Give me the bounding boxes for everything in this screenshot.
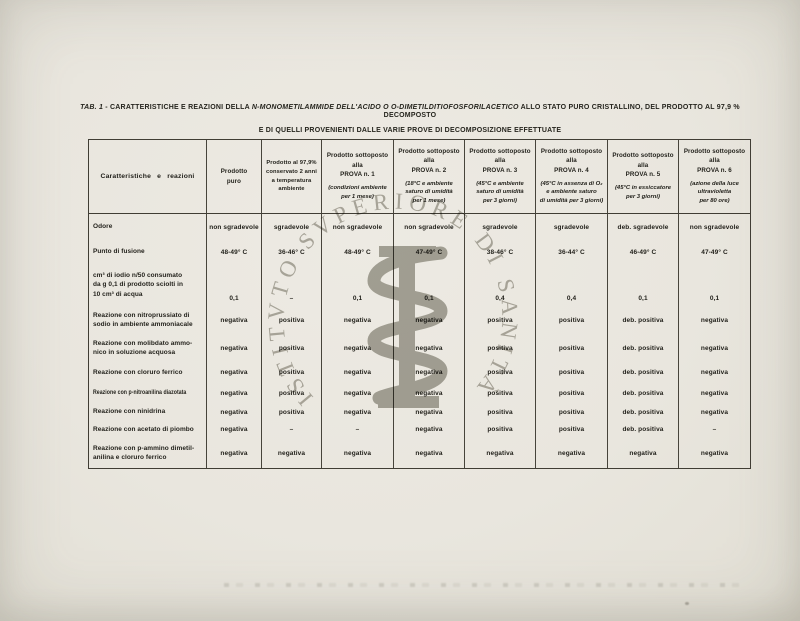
column-header-main: Prodotto puro (221, 167, 248, 186)
column-header-conditions: (45°C e ambiente saturo di umidità per 3… (476, 180, 524, 207)
value-cell-r1-c7: deb. sgradevole (607, 214, 678, 240)
value-cell-r6-c1: negativa (206, 362, 261, 383)
value-cell-r4-c8: negativa (678, 306, 750, 334)
value-cell-r9-c3: – (321, 421, 393, 438)
table-caption: TAB. 1 - CARATTERISTICHE E REAZIONI DELL… (60, 104, 760, 135)
value-cell-r1-c1: non sgradevole (206, 214, 261, 240)
value-cell-r2-c5: 38-46° C (464, 240, 535, 264)
value-cell-r9-c8: – (678, 421, 750, 438)
row-label-7: Reazione con p-nitroanilina diazotata (89, 383, 206, 403)
caption-separator: - (103, 104, 110, 111)
value-cell-r6-c6: positiva (535, 362, 607, 383)
row-label-text: Reazione con molibdato ammo- nico in sol… (93, 339, 192, 358)
value-cell-r4-c6: positiva (535, 306, 607, 334)
results-table: Caratteristiche e reazioniProdotto puroP… (88, 139, 751, 469)
column-header-main: Prodotto sottoposto alla PROVA n. 1 (327, 151, 388, 180)
value-cell-r1-c3: non sgradevole (321, 214, 393, 240)
caption-tab-number: TAB. 1 (80, 104, 103, 111)
row-label-text: Reazione con p-ammino dimetil- anilina e… (93, 444, 194, 463)
value-cell-r10-c6: negativa (535, 438, 607, 468)
value-cell-r7-c7: deb. positiva (607, 383, 678, 403)
value-cell-r7-c4: negativa (393, 383, 464, 403)
caption-line-2: E DI QUELLI PROVENIENTI DALLE VARIE PROV… (60, 127, 760, 135)
value-cell-r9-c5: positiva (464, 421, 535, 438)
value-cell-r4-c4: negativa (393, 306, 464, 334)
photographed-table-card: TAB. 1 - CARATTERISTICHE E REAZIONI DELL… (0, 0, 800, 621)
row-label-text: Reazione con cloruro ferrico (93, 368, 183, 377)
value-cell-r8-c7: deb. positiva (607, 403, 678, 421)
corner-header-cell: Caratteristiche e reazioni (89, 140, 206, 214)
faint-pencil-marks (224, 583, 740, 587)
value-cell-r10-c8: negativa (678, 438, 750, 468)
value-cell-r6-c4: negativa (393, 362, 464, 383)
column-header-2: Prodotto al 97,9% conservato 2 anni a te… (261, 140, 321, 214)
value-cell-r8-c5: positiva (464, 403, 535, 421)
value-cell-r4-c3: negativa (321, 306, 393, 334)
column-header-conditions: (45°C in assenza di O₂ e ambiente saturo… (540, 180, 604, 207)
value-cell-r8-c6: positiva (535, 403, 607, 421)
value-cell-r3-c7: 0,1 (607, 264, 678, 306)
row-label-3: cm³ di iodio n/50 consumato da g 0,1 di … (89, 264, 206, 306)
value-cell-r9-c6: positiva (535, 421, 607, 438)
value-cell-r3-c6: 0,4 (535, 264, 607, 306)
value-cell-r10-c7: negativa (607, 438, 678, 468)
value-cell-r6-c5: positiva (464, 362, 535, 383)
value-cell-r5-c7: deb. positiva (607, 334, 678, 362)
row-label-text: Reazione con nitroprussiato di sodio in … (93, 311, 193, 330)
value-cell-r4-c5: positiva (464, 306, 535, 334)
value-cell-r8-c8: negativa (678, 403, 750, 421)
value-cell-r10-c3: negativa (321, 438, 393, 468)
row-label-1: Odore (89, 214, 206, 240)
caption-line-1: TAB. 1 - CARATTERISTICHE E REAZIONI DELL… (60, 104, 760, 121)
column-header-conditions: (azione della luce ultravioletta per 80 … (690, 180, 739, 207)
row-label-text: Reazione con acetato di piombo (93, 425, 194, 434)
value-cell-r2-c7: 46-49° C (607, 240, 678, 264)
value-cell-r1-c8: non sgradevole (678, 214, 750, 240)
row-label-8: Reazione con ninidrina (89, 403, 206, 421)
value-cell-r2-c8: 47-49° C (678, 240, 750, 264)
column-header-main: Prodotto sottoposto alla PROVA n. 5 (612, 151, 673, 180)
value-cell-r10-c2: negativa (261, 438, 321, 468)
row-label-text: Punto di fusione (93, 247, 145, 256)
value-cell-r7-c1: negativa (206, 383, 261, 403)
column-header-conditions: (condizioni ambiente per 1 mese) (328, 184, 387, 202)
row-label-4: Reazione con nitroprussiato di sodio in … (89, 306, 206, 334)
value-cell-r6-c3: negativa (321, 362, 393, 383)
caption-text-a: CARATTERISTICHE E REAZIONI DELLA (110, 104, 252, 111)
value-cell-r10-c1: negativa (206, 438, 261, 468)
value-cell-r7-c3: negativa (321, 383, 393, 403)
value-cell-r9-c7: deb. positiva (607, 421, 678, 438)
value-cell-r4-c1: negativa (206, 306, 261, 334)
value-cell-r5-c5: positiva (464, 334, 535, 362)
value-cell-r7-c6: positiva (535, 383, 607, 403)
column-header-main: Prodotto sottoposto alla PROVA n. 6 (684, 147, 745, 176)
column-header-conditions: (45°C in essiccatore per 3 giorni) (615, 184, 671, 202)
value-cell-r5-c1: negativa (206, 334, 261, 362)
value-cell-r5-c2: positiva (261, 334, 321, 362)
value-cell-r8-c3: negativa (321, 403, 393, 421)
value-cell-r8-c2: positiva (261, 403, 321, 421)
value-cell-r7-c8: negativa (678, 383, 750, 403)
column-header-4: Prodotto sottoposto alla PROVA n. 2(18°C… (393, 140, 464, 214)
column-header-5: Prodotto sottoposto alla PROVA n. 3(45°C… (464, 140, 535, 214)
row-label-text: Reazione con ninidrina (93, 407, 165, 416)
value-cell-r4-c7: deb. positiva (607, 306, 678, 334)
column-header-7: Prodotto sottoposto alla PROVA n. 5(45°C… (607, 140, 678, 214)
row-label-text: Reazione con p-nitroanilina diazotata (93, 388, 186, 397)
value-cell-r2-c6: 36-44° C (535, 240, 607, 264)
value-cell-r6-c8: negativa (678, 362, 750, 383)
value-cell-r1-c2: sgradevole (261, 214, 321, 240)
value-cell-r7-c5: positiva (464, 383, 535, 403)
value-cell-r6-c7: deb. positiva (607, 362, 678, 383)
row-label-9: Reazione con acetato di piombo (89, 421, 206, 438)
caption-compound-name: N-MONOMETILAMMIDE DELL'ACIDO O O-DIMETIL… (252, 104, 519, 111)
value-cell-r3-c5: 0,4 (464, 264, 535, 306)
value-cell-r1-c4: non sgradevole (393, 214, 464, 240)
row-label-10: Reazione con p-ammino dimetil- anilina e… (89, 438, 206, 468)
value-cell-r1-c6: sgradevole (535, 214, 607, 240)
value-cell-r9-c4: negativa (393, 421, 464, 438)
value-cell-r5-c3: negativa (321, 334, 393, 362)
column-header-3: Prodotto sottoposto alla PROVA n. 1(cond… (321, 140, 393, 214)
column-header-main: Prodotto sottoposto alla PROVA n. 4 (541, 147, 602, 176)
value-cell-r4-c2: positiva (261, 306, 321, 334)
value-cell-r1-c5: sgradevole (464, 214, 535, 240)
value-cell-r3-c3: 0,1 (321, 264, 393, 306)
value-cell-r5-c4: negativa (393, 334, 464, 362)
column-header-6: Prodotto sottoposto alla PROVA n. 4(45°C… (535, 140, 607, 214)
value-cell-r10-c4: negativa (393, 438, 464, 468)
value-cell-r2-c4: 47-49° C (393, 240, 464, 264)
value-cell-r3-c4: 0,1 (393, 264, 464, 306)
value-cell-r6-c2: positiva (261, 362, 321, 383)
value-cell-r9-c2: – (261, 421, 321, 438)
column-header-main: Prodotto sottoposto alla PROVA n. 3 (469, 147, 530, 176)
value-cell-r10-c5: negativa (464, 438, 535, 468)
paper-speck (685, 602, 689, 605)
value-cell-r7-c2: positiva (261, 383, 321, 403)
row-label-text: Odore (93, 222, 112, 231)
value-cell-r3-c1: 0,1 (206, 264, 261, 306)
row-label-text: cm³ di iodio n/50 consumato da g 0,1 di … (93, 271, 183, 299)
row-label-5: Reazione con molibdato ammo- nico in sol… (89, 334, 206, 362)
corner-header-label: Caratteristiche e reazioni (100, 173, 194, 180)
column-header-conditions: (18°C e ambiente saturo di umidità per 1… (405, 180, 453, 207)
value-cell-r8-c4: negativa (393, 403, 464, 421)
column-header-8: Prodotto sottoposto alla PROVA n. 6(azio… (678, 140, 750, 214)
row-label-6: Reazione con cloruro ferrico (89, 362, 206, 383)
value-cell-r2-c2: 36-46° C (261, 240, 321, 264)
value-cell-r2-c1: 48-49° C (206, 240, 261, 264)
value-cell-r5-c8: negativa (678, 334, 750, 362)
value-cell-r3-c8: 0,1 (678, 264, 750, 306)
row-label-2: Punto di fusione (89, 240, 206, 264)
column-header-main: Prodotto sottoposto alla PROVA n. 2 (398, 147, 459, 176)
value-cell-r9-c1: negativa (206, 421, 261, 438)
value-cell-r2-c3: 48-49° C (321, 240, 393, 264)
value-cell-r8-c1: negativa (206, 403, 261, 421)
value-cell-r5-c6: positiva (535, 334, 607, 362)
value-cell-r3-c2: – (261, 264, 321, 306)
column-header-main: Prodotto al 97,9% conservato 2 anni a te… (266, 159, 317, 195)
column-header-1: Prodotto puro (206, 140, 261, 214)
